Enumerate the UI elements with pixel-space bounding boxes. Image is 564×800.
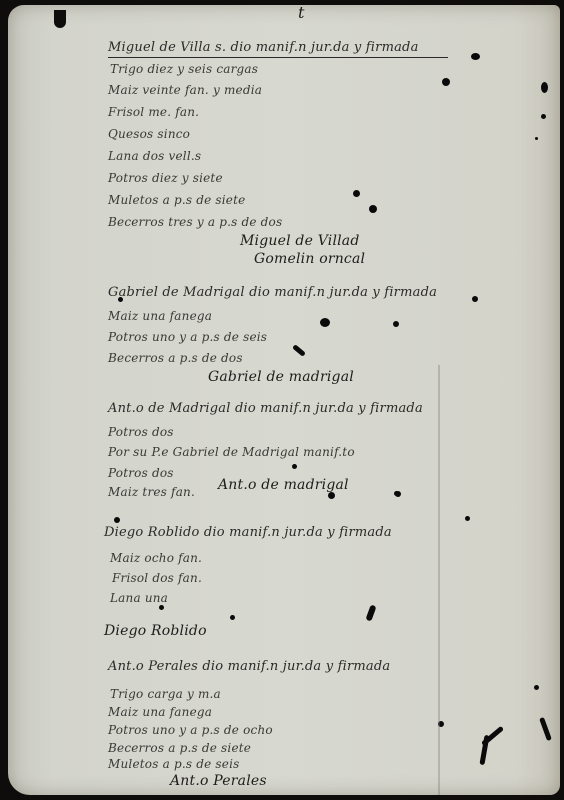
signature: Gomelin orncal	[254, 251, 365, 267]
entry-4-item: Frisol dos fan.	[112, 571, 202, 585]
ink-blot	[465, 516, 470, 521]
signature: Gabriel de madrigal	[208, 369, 354, 385]
signature: Ant.o Perales	[170, 773, 267, 789]
entry-4-item: Lana una	[110, 591, 168, 605]
ink-blot	[118, 297, 123, 302]
ink-blot	[541, 82, 548, 93]
entry-1-item: Frisol me. fan.	[108, 105, 199, 119]
entry-4-header: Diego Roblido dio manif.n jur.da y firma…	[104, 525, 392, 540]
ink-stroke	[292, 344, 306, 357]
entry-5-item: Becerros a p.s de siete	[108, 741, 251, 755]
entry-3-item: Maiz tres fan.	[108, 485, 195, 499]
ink-blot	[393, 321, 399, 327]
entry-3-item: Potros dos	[108, 425, 174, 439]
entry-3-item: Por su P.e Gabriel de Madrigal manif.to	[108, 445, 355, 459]
ink-blot	[472, 296, 478, 302]
header-rule	[108, 57, 448, 58]
entry-1-item: Muletos a p.s de siete	[108, 193, 245, 207]
entry-1-item: Maiz veinte fan. y media	[108, 83, 262, 97]
entry-1-header: Miguel de Villa s. dio manif.n jur.da y …	[108, 40, 419, 55]
ink-blot	[114, 517, 120, 523]
entry-1-item: Quesos sinco	[108, 127, 190, 141]
ink-blot	[159, 605, 164, 610]
entry-3-item: Potros dos	[108, 466, 174, 480]
ink-blot	[471, 53, 480, 60]
ink-blot	[438, 721, 444, 727]
ink-blot	[534, 685, 539, 690]
ink-blot	[442, 78, 450, 86]
ink-blot	[369, 205, 377, 213]
ink-stroke	[365, 604, 376, 621]
entry-5-item: Potros uno y a p.s de ocho	[108, 723, 273, 737]
entry-1-item: Potros diez y siete	[108, 171, 223, 185]
ink-blot	[292, 464, 297, 469]
ink-blot	[535, 137, 538, 140]
entry-2-item: Becerros a p.s de dos	[108, 351, 243, 365]
signature: Ant.o de madrigal	[218, 477, 349, 493]
entry-4-item: Maiz ocho fan.	[110, 551, 202, 565]
ink-blot	[328, 492, 335, 499]
manuscript-page: Miguel de Villa s. dio manif.n jur.da y …	[8, 5, 560, 795]
entry-5-item: Muletos a p.s de seis	[108, 757, 239, 771]
entry-2-item: Potros uno y a p.s de seis	[108, 330, 267, 344]
entry-5-item: Trigo carga y m.a	[110, 687, 221, 701]
entry-2-item: Maiz una fanega	[108, 309, 212, 323]
ink-blot	[320, 318, 330, 327]
entry-5-item: Maiz una fanega	[108, 705, 212, 719]
ink-blot	[230, 615, 235, 620]
entry-3-header: Ant.o de Madrigal dio manif.n jur.da y f…	[108, 401, 423, 416]
entry-1-item: Lana dos vell.s	[108, 149, 201, 163]
entry-1-item: Trigo diez y seis cargas	[110, 62, 258, 76]
signature: Miguel de Villad	[240, 233, 360, 249]
entry-5-header: Ant.o Perales dio manif.n jur.da y firma…	[108, 659, 390, 674]
marginal-mark: t	[298, 3, 305, 22]
ink-blot	[395, 491, 401, 497]
ink-stroke	[539, 717, 552, 741]
entry-2-header: Gabriel de Madrigal dio manif.n jur.da y…	[108, 285, 437, 300]
ink-blot	[353, 190, 360, 197]
entry-1-item: Becerros tres y a p.s de dos	[108, 215, 282, 229]
page-tear	[54, 10, 66, 28]
signature: Diego Roblido	[104, 623, 207, 639]
ink-blot	[541, 114, 546, 119]
